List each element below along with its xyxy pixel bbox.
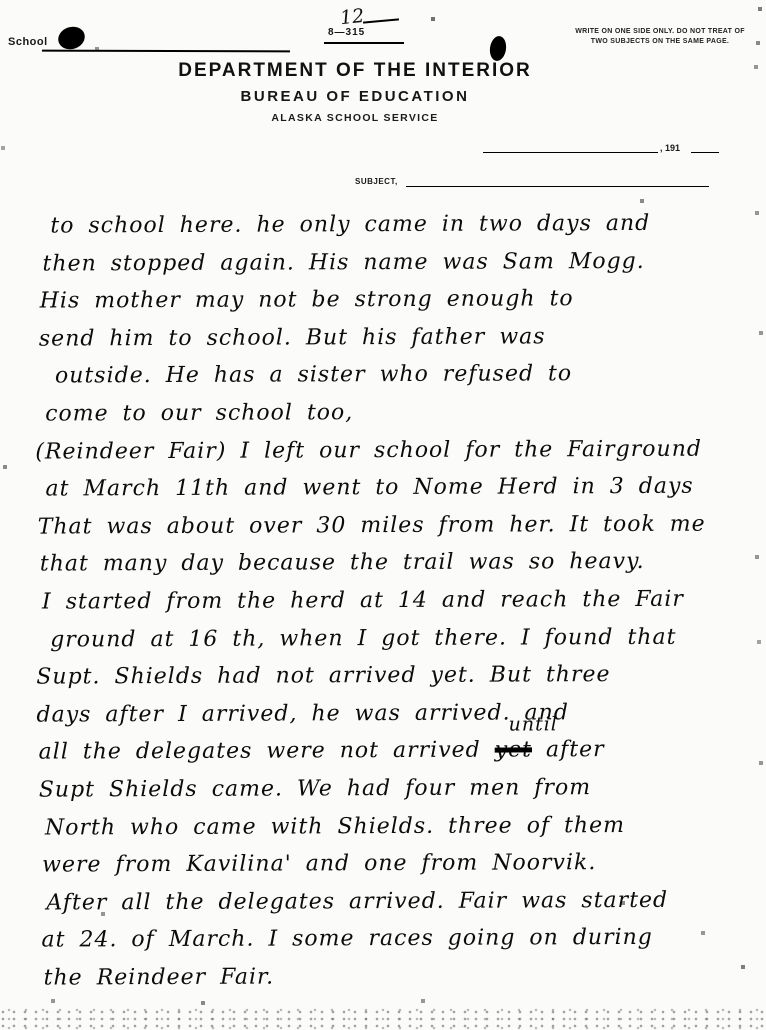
ink-blot: [488, 35, 507, 62]
inserted-word: until: [509, 716, 558, 735]
bureau-title: BUREAU OF EDUCATION: [105, 88, 605, 105]
handwritten-line: the Reindeer Fair.: [44, 956, 762, 997]
correction-post-text: after: [532, 737, 605, 762]
date-year-label: , 191: [660, 143, 680, 153]
handwritten-line: That was about over 30 miles from her. I…: [38, 505, 760, 546]
handwritten-line: outside. He has a sister who refused to: [55, 355, 759, 396]
handwritten-line: After all the delegates arrived. Fair wa…: [46, 881, 761, 922]
date-blank-line: [483, 152, 658, 153]
subject-blank-line: [406, 186, 709, 187]
handwritten-line: come to our school too,: [45, 392, 759, 433]
handwritten-line: Supt. Shields had not arrived yet. But t…: [36, 656, 760, 697]
handwritten-line: His mother may not be strong enough to: [40, 280, 759, 321]
handwritten-line: I started from the herd at 14 and reach …: [42, 580, 760, 621]
handwritten-line: (Reindeer Fair) I left our school for th…: [35, 430, 759, 471]
service-title: ALASKA SCHOOL SERVICE: [105, 112, 605, 124]
handwritten-line: ground at 16 th, when I got there. I fou…: [50, 618, 760, 659]
handwritten-line: then stopped again. His name was Sam Mog…: [42, 242, 758, 283]
scan-speckles: [0, 0, 2, 2]
form-instructions: WRITE ON ONE SIDE ONLY. DO NOT TREAT OF …: [556, 27, 764, 46]
correction-pre-text: all the delegates were not arrived: [39, 738, 495, 765]
handwritten-line: at March 11th and went to Nome Herd in 3…: [45, 468, 759, 509]
handwritten-line: at 24. of March. I some races going on d…: [41, 919, 761, 960]
handwritten-line: days after I arrived, he was arrived. an…: [36, 693, 760, 734]
form-instructions-line2: TWO SUBJECTS ON THE SAME PAGE.: [556, 37, 764, 47]
date-year-blank-line: [691, 152, 719, 153]
letterhead: DEPARTMENT OF THE INTERIOR BUREAU OF EDU…: [105, 60, 605, 124]
handwritten-line: were from Kavilina' and one from Noorvik…: [42, 844, 761, 885]
handwritten-page-number: 12: [339, 5, 365, 29]
handwritten-line: North who came with Shields. three of th…: [45, 806, 761, 847]
handwritten-line: send him to school. But his father was: [39, 317, 759, 358]
department-title: DEPARTMENT OF THE INTERIOR: [105, 60, 605, 82]
struck-out-word: yet: [495, 738, 532, 763]
handwritten-line-with-correction: all the delegates were not arrived until…: [39, 731, 761, 772]
letter-body: to school here. he only came in two days…: [34, 204, 761, 997]
scan-noise-band: [0, 1008, 766, 1030]
form-instructions-line1: WRITE ON ONE SIDE ONLY. DO NOT TREAT OF: [556, 27, 764, 37]
form-number-underline: [324, 42, 404, 44]
handwritten-line: that many day because the trail was so h…: [40, 543, 760, 584]
form-number: 8—315: [328, 27, 365, 38]
scanned-document-page: School 12 8—315 WRITE ON ONE SIDE ONLY. …: [0, 0, 766, 1030]
page-number-flourish: [363, 18, 399, 23]
correction: untilyet: [495, 732, 532, 770]
subject-field-label: SUBJECT,: [355, 177, 398, 186]
handwritten-line: to school here. he only came in two days…: [50, 204, 758, 245]
handwritten-line: Supt Shields came. We had four men from: [39, 768, 761, 809]
